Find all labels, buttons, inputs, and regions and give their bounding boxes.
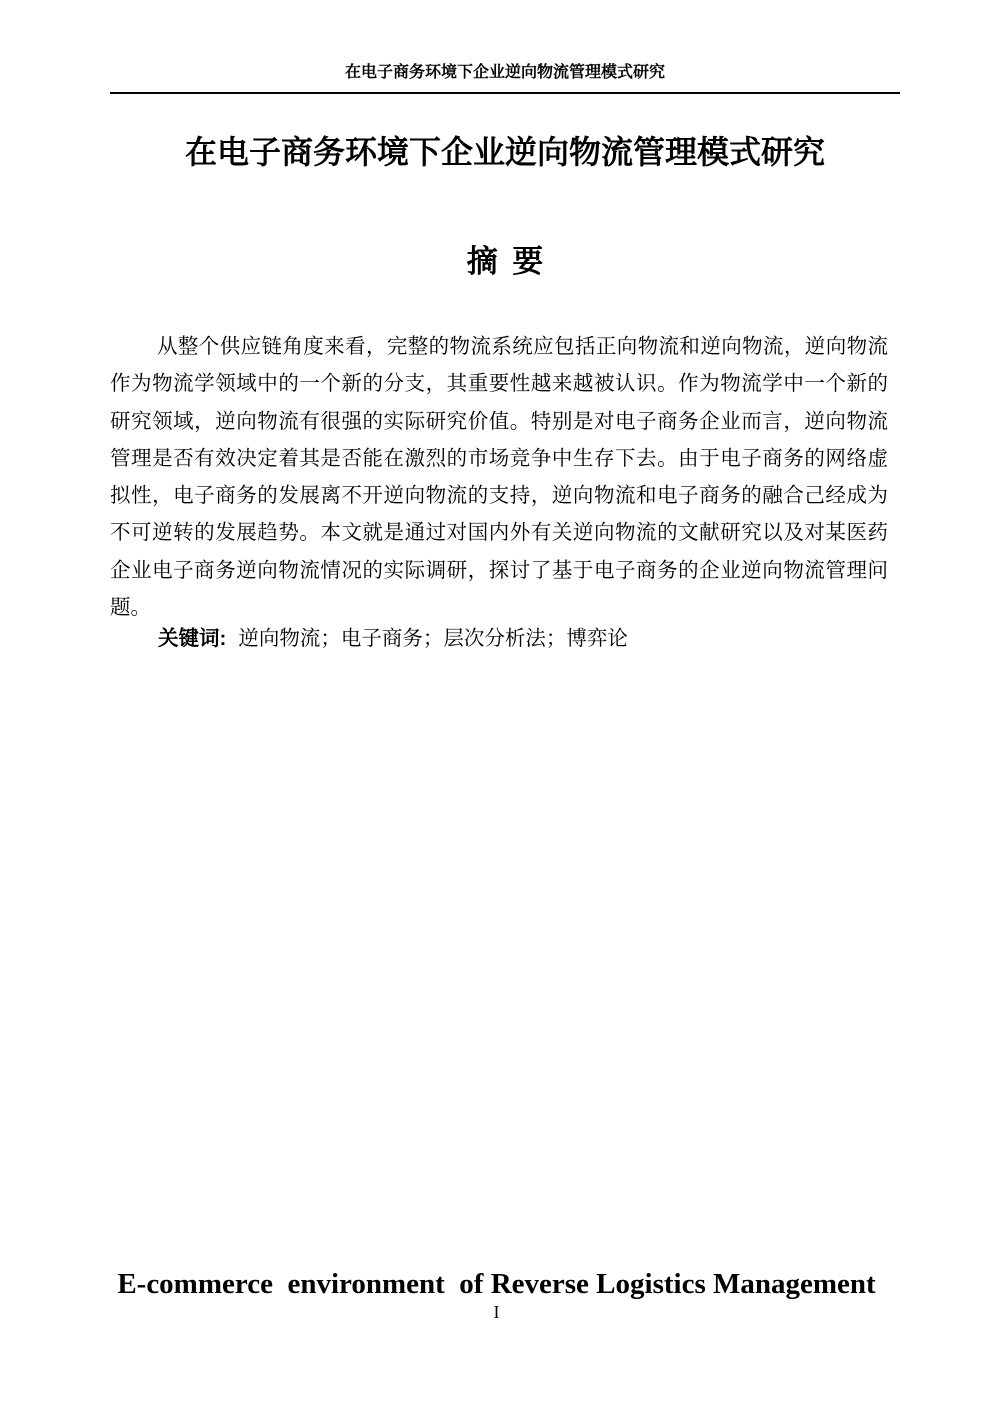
document-page: 在电子商务环境下企业逆向物流管理模式研究 在电子商务环境下企业逆向物流管理模式研… [0, 0, 993, 1404]
keywords-line: 关键词:逆向物流；电子商务；层次分析法；博弈论 [110, 620, 888, 658]
page-header: 在电子商务环境下企业逆向物流管理模式研究 [110, 62, 900, 94]
abstract-heading: 摘 要 [110, 240, 900, 284]
keywords-text: 逆向物流；电子商务；层次分析法；博弈论 [238, 628, 628, 650]
page-number: I [0, 1300, 993, 1324]
abstract-paragraph: 从整个供应链角度来看，完整的物流系统应包括正向物流和逆向物流，逆向物流作为物流学… [110, 329, 888, 627]
keywords-label: 关键词: [158, 627, 226, 650]
document-title: 在电子商务环境下企业逆向物流管理模式研究 [110, 130, 900, 174]
english-title: E-commerce environment of Reverse Logist… [0, 1264, 993, 1304]
running-title: 在电子商务环境下企业逆向物流管理模式研究 [345, 64, 665, 81]
